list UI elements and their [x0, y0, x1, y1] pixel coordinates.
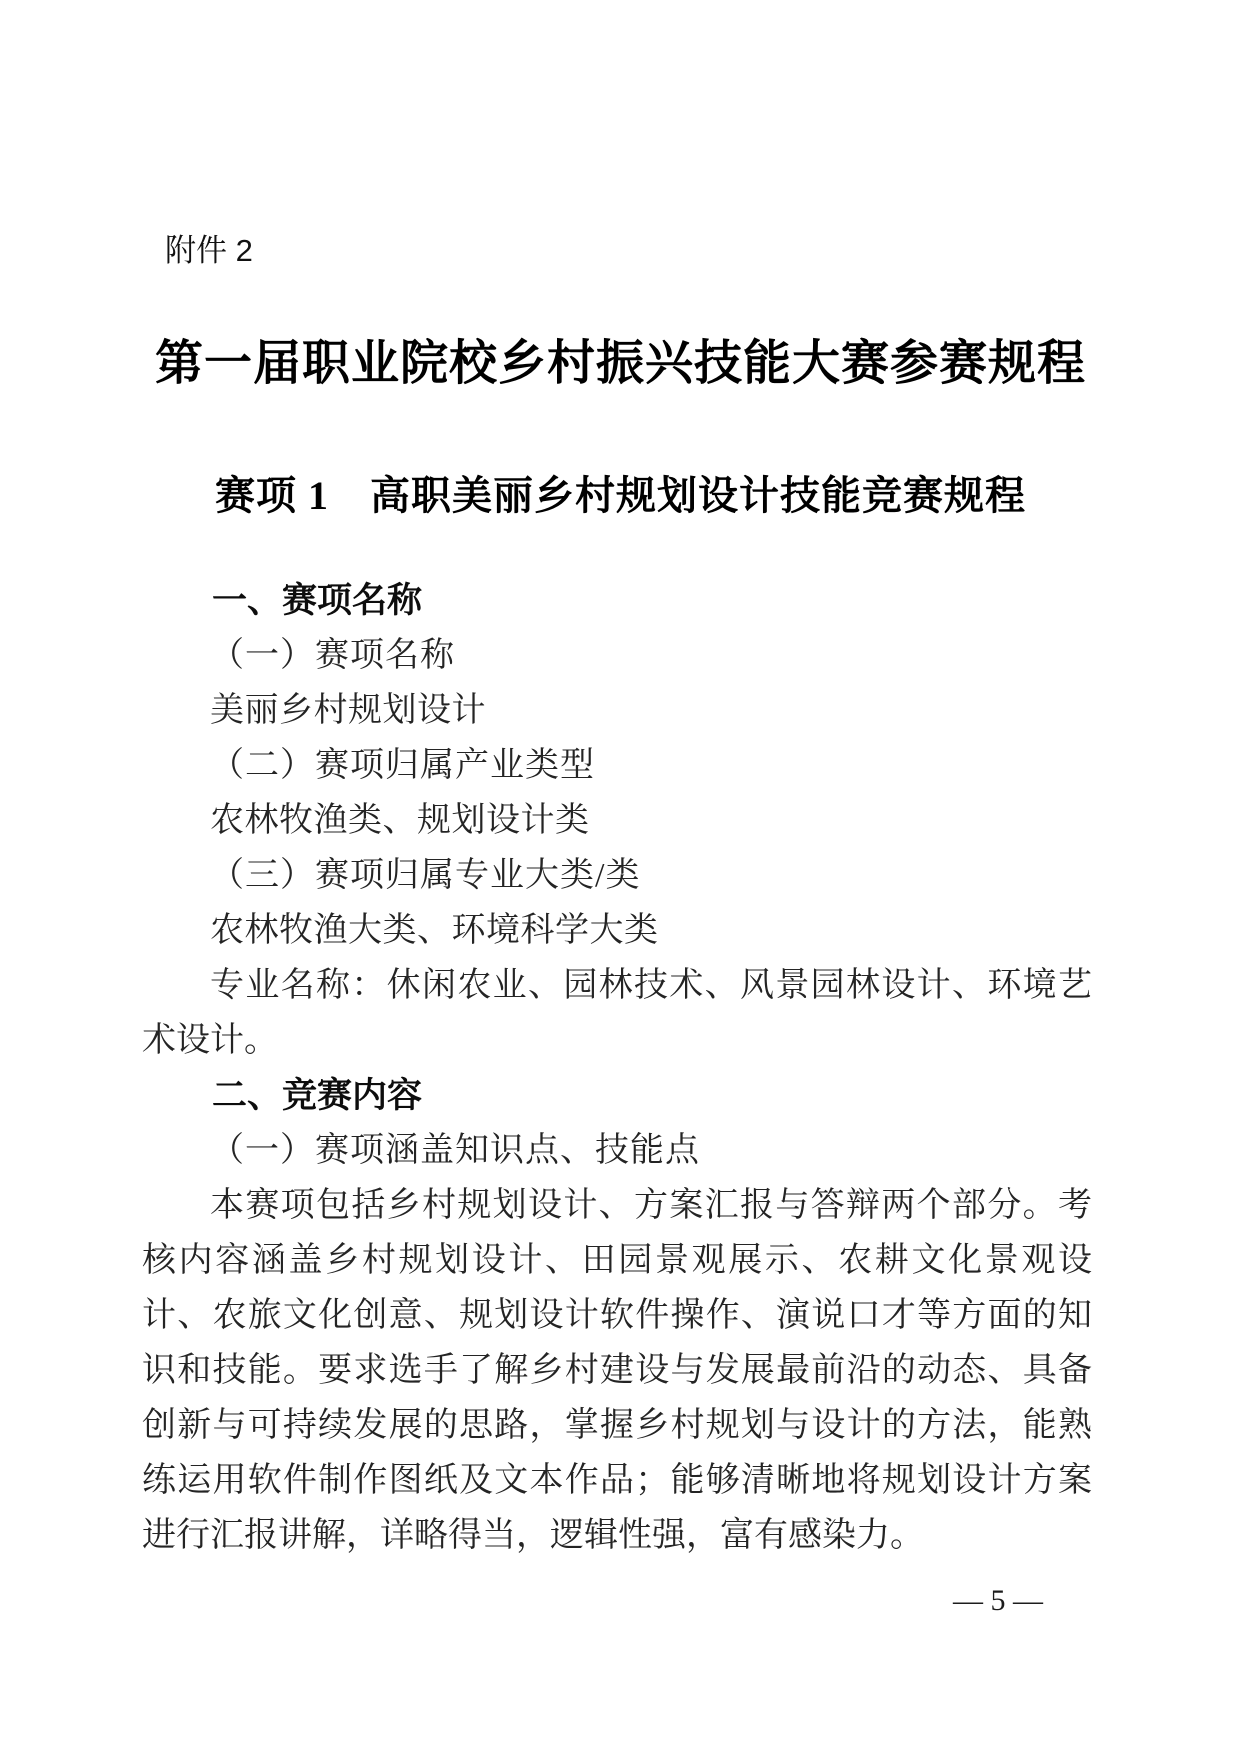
document-title: 第一届职业院校乡村振兴技能大赛参赛规程: [0, 334, 1241, 394]
section-1-item-1-value: 美丽乡村规划设计: [142, 683, 1092, 738]
section-1-item-2-label: （二）赛项归属产业类型: [142, 738, 1092, 793]
section-2-subheading: （一）赛项涵盖知识点、技能点: [142, 1123, 1092, 1178]
competition-content-paragraph: 本赛项包括乡村规划设计、方案汇报与答辩两个部分。考核内容涵盖乡村规划设计、田园景…: [142, 1178, 1092, 1563]
section-2-heading: 二、竞赛内容: [142, 1068, 1092, 1123]
document-body: 一、赛项名称 （一）赛项名称 美丽乡村规划设计 （二）赛项归属产业类型 农林牧渔…: [142, 573, 1092, 1563]
section-1-heading: 一、赛项名称: [142, 573, 1092, 628]
attachment-label: 附件 2: [165, 232, 253, 270]
section-1-item-2-value: 农林牧渔类、规划设计类: [142, 793, 1092, 848]
section-1-item-3-label: （三）赛项归属专业大类/类: [142, 848, 1092, 903]
page-number: — 5 —: [953, 1582, 1043, 1620]
event-subtitle: 赛项 1 高职美丽乡村规划设计技能竞赛规程: [0, 470, 1241, 522]
document-page: 附件 2 第一届职业院校乡村振兴技能大赛参赛规程 赛项 1 高职美丽乡村规划设计…: [0, 0, 1241, 1754]
majors-paragraph: 专业名称：休闲农业、园林技术、风景园林设计、环境艺术设计。: [142, 958, 1092, 1068]
section-1-item-3-value: 农林牧渔大类、环境科学大类: [142, 903, 1092, 958]
section-1-item-1-label: （一）赛项名称: [142, 628, 1092, 683]
